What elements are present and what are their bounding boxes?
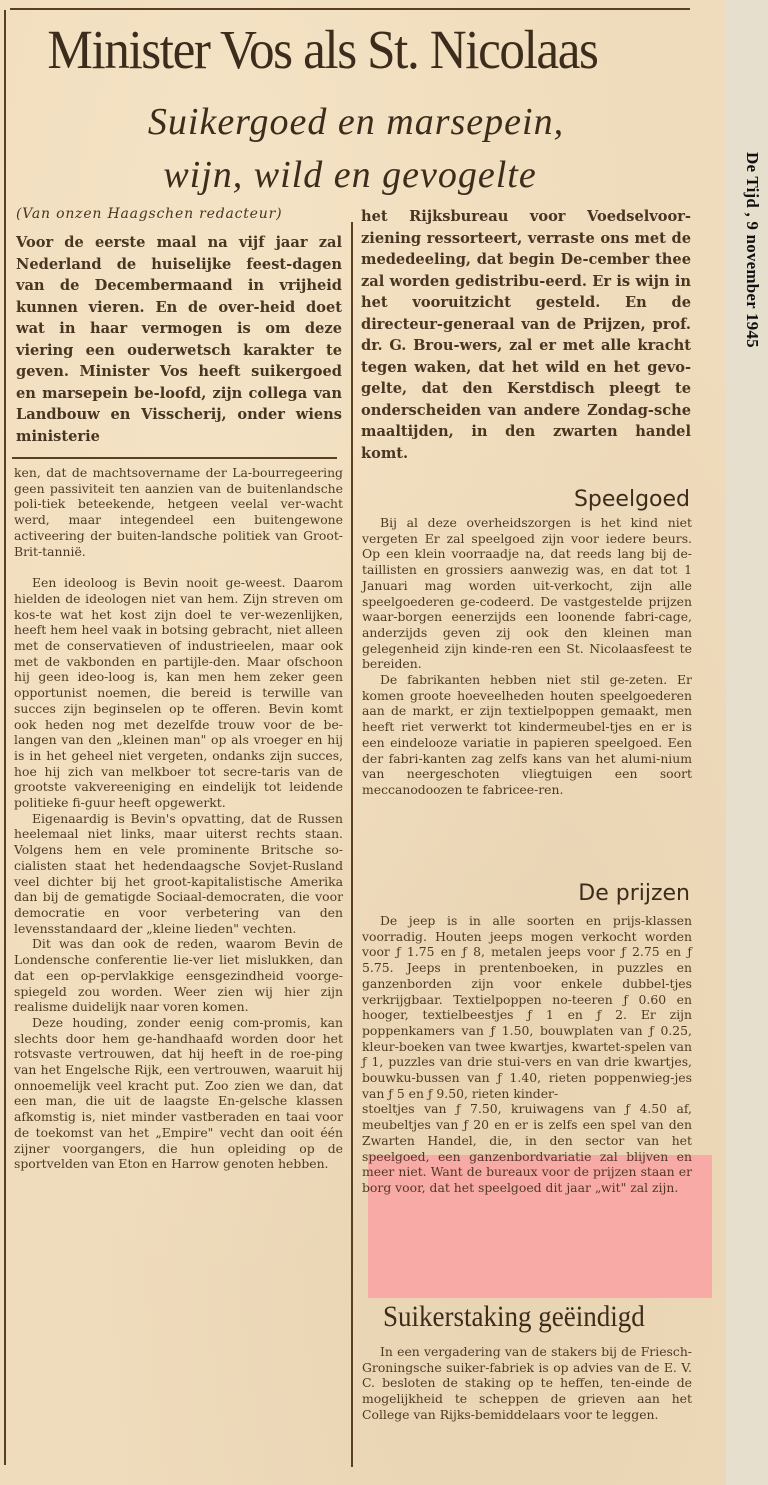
- lead-paragraph-right: het Rijksbureau voor Voedselvoor-ziening…: [361, 206, 691, 464]
- section-heading-suikerstaking: Suikerstaking geëindigd: [383, 1300, 645, 1334]
- section-heading-speelgoed: Speelgoed: [560, 487, 690, 512]
- top-rule: [10, 8, 690, 10]
- section-divider: [12, 457, 337, 459]
- bevin-article: ken, dat de machtsovername der La-bourre…: [14, 465, 343, 1172]
- bevin-paragraph: Een ideoloog is Bevin nooit ge-weest. Da…: [14, 575, 343, 811]
- subheadline-line-1: Suikergoed en marsepein,: [6, 100, 706, 144]
- column-rule-main: [351, 462, 353, 1467]
- bevin-paragraph: Dit was dan ook de reden, waarom Bevin d…: [14, 936, 343, 1015]
- bevin-paragraph: Eigenaardig is Bevin's opvatting, dat de…: [14, 811, 343, 937]
- speelgoed-paragraph: De fabrikanten hebben niet stil ge-zeten…: [362, 672, 692, 798]
- prijzen-highlighted-paragraph: stoeltjes van ƒ 7.50, kruiwagens van ƒ 4…: [362, 1101, 692, 1195]
- lead-paragraph-left: Voor de eerste maal na vijf jaar zal Ned…: [16, 232, 342, 447]
- bevin-paragraph: ken, dat de machtsovername der La-bourre…: [14, 465, 343, 559]
- headline: Minister Vos als St. Nicolaas: [10, 20, 635, 80]
- prijzen-section: De jeep is in alle soorten en prijs-klas…: [362, 913, 692, 1196]
- prijzen-paragraph: De jeep is in alle soorten en prijs-klas…: [362, 913, 692, 1101]
- speelgoed-section: Bij al deze overheidszorgen is het kind …: [362, 515, 692, 798]
- byline: (Van onzen Haagschen redacteur): [16, 206, 342, 222]
- source-caption: De Tijd , 9 november 1945: [742, 152, 762, 348]
- bevin-paragraph: Deze houding, zonder eenig com-promis, k…: [14, 1015, 343, 1172]
- section-heading-prijzen: De prijzen: [560, 881, 690, 906]
- suikerstaking-article: In een vergadering van de stakers bij de…: [362, 1344, 692, 1423]
- subheadline-line-2: wijn, wild en gevogelte: [0, 153, 700, 197]
- suikerstaking-paragraph: In een vergadering van de stakers bij de…: [362, 1344, 692, 1423]
- column-rule-top: [351, 222, 353, 462]
- left-border-rule: [4, 10, 6, 1465]
- speelgoed-paragraph: Bij al deze overheidszorgen is het kind …: [362, 515, 692, 672]
